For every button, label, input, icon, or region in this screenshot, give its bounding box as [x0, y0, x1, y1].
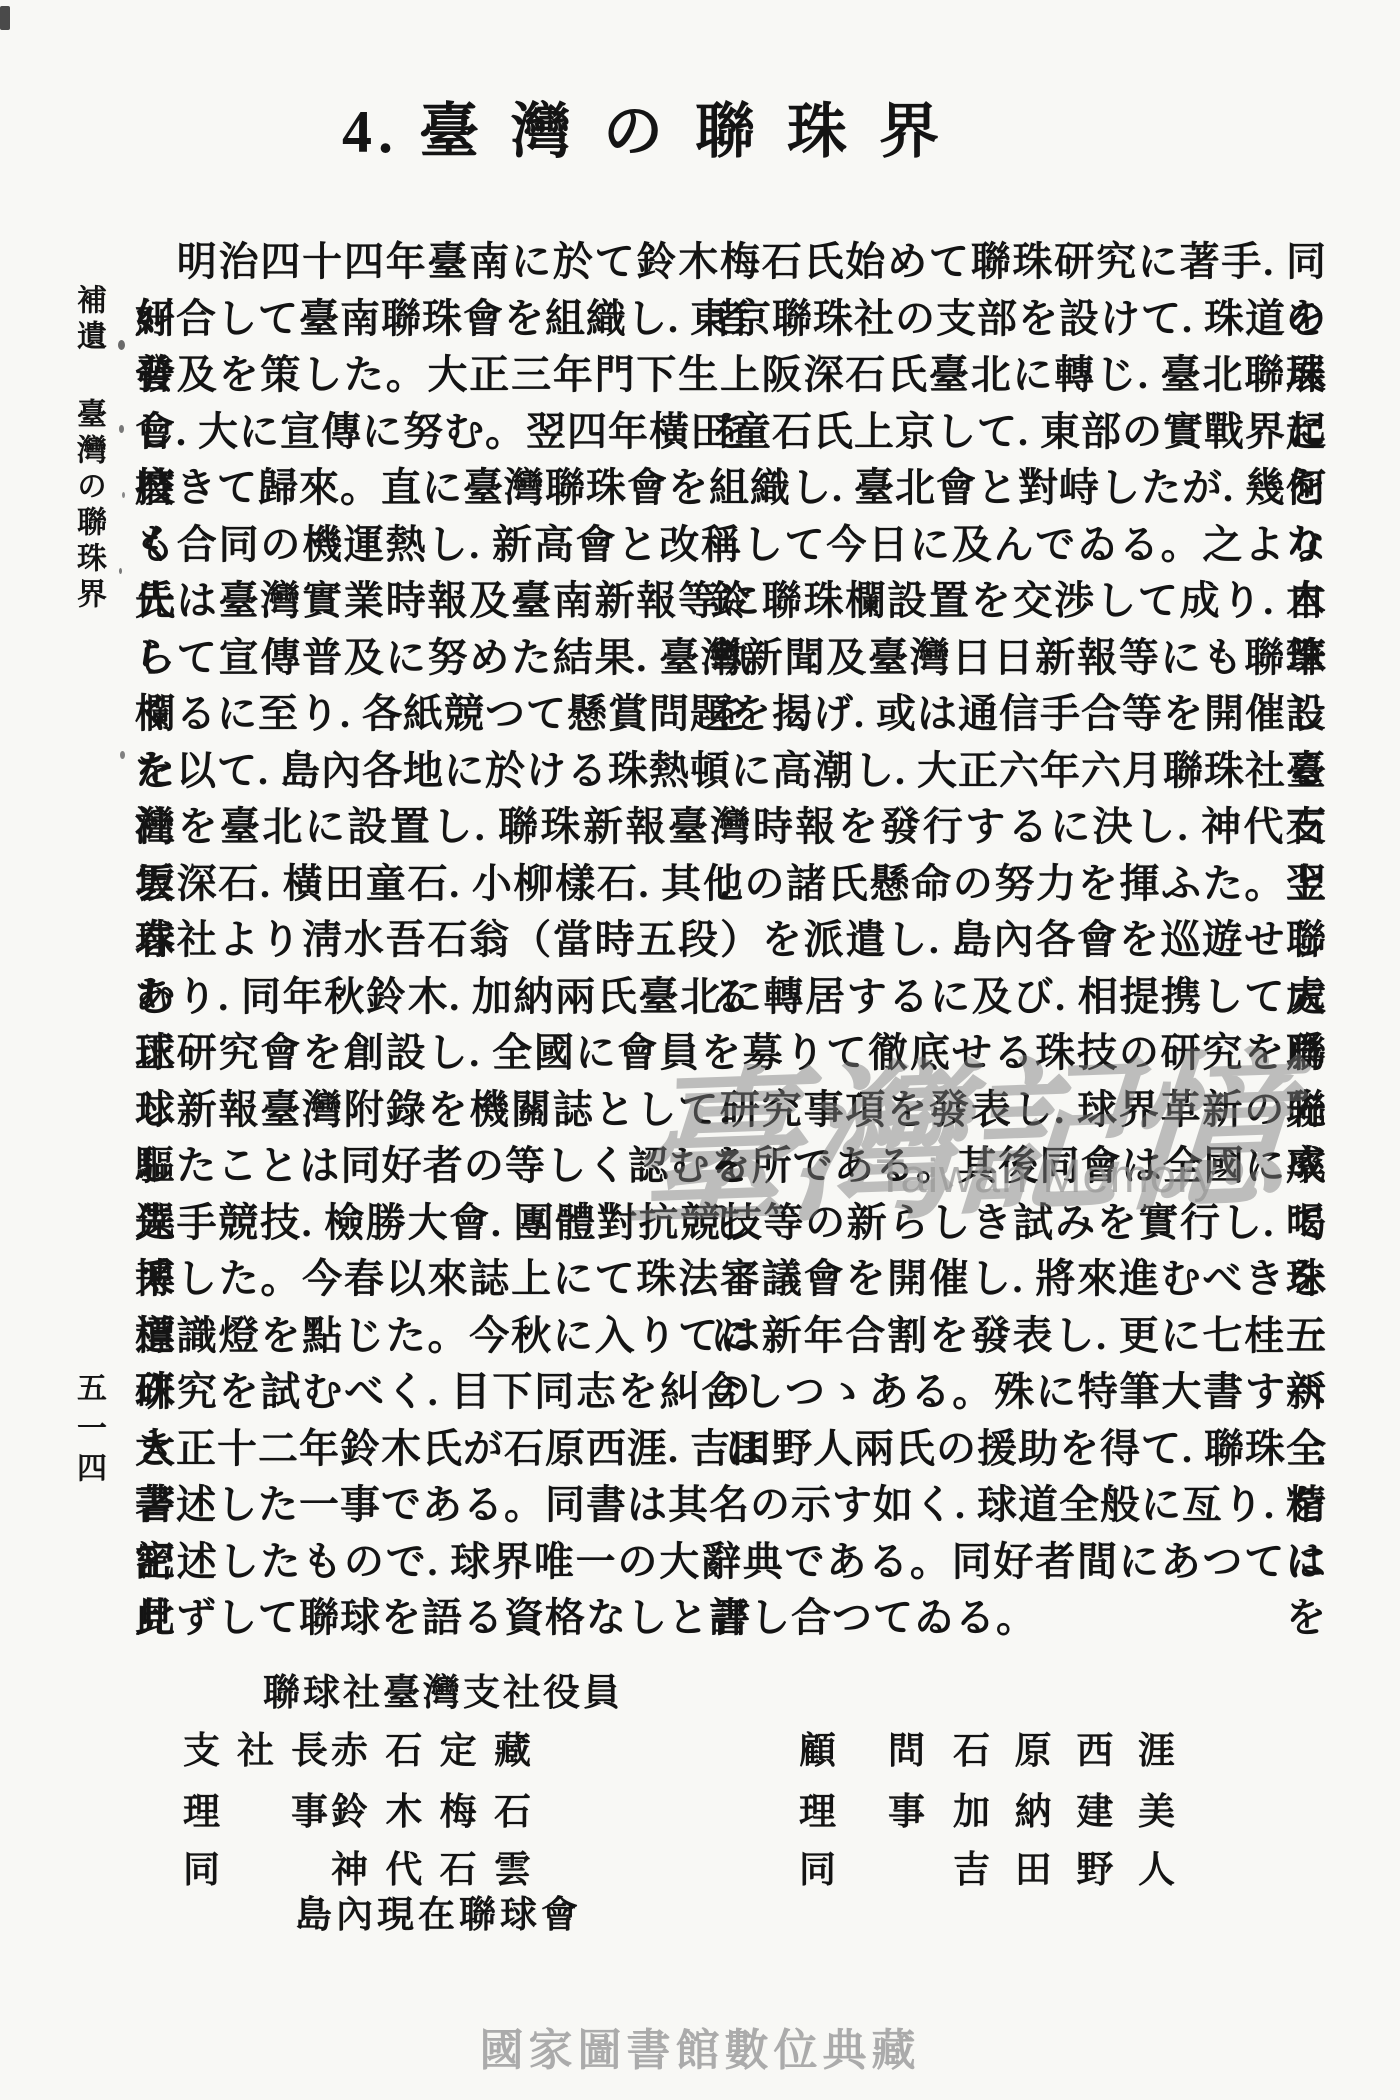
page-title: 4.臺灣の聯珠界 — [342, 84, 971, 170]
body-line: くるに至り. 各紙競つて懸賞問題を揭げ. 或は通信手合等を開催したる — [135, 686, 1327, 743]
scan-specks — [118, 340, 125, 350]
library-footer-watermark: 國家圖書館數位典藏 — [0, 2014, 1400, 2078]
roster-row: 同 神代石雲 同 吉田野人 — [135, 1839, 1327, 1887]
scanned-document-page: 4.臺灣の聯珠界 補遺 臺灣の聯珠界 五一四 明治四十四年臺南に於て鈴木梅石氏始… — [0, 0, 1400, 2100]
body-line: 普及を策した。大正三年門下生上阪深石氏臺北に轉じ. 臺北聯珠會を起 — [135, 347, 1327, 404]
roster-title: 理事 — [799, 1781, 925, 1835]
body-line: 糾合して臺南聯珠會を組織し. 東京聯珠社の支部を設けて. 珠道の發展 — [135, 291, 1327, 348]
roster-name: 加納建美 — [953, 1781, 1175, 1835]
body-line: 大正十二年鈴木氏が石原西涯. 吉田野人兩氏の援助を得て. 聯珠全書を — [135, 1421, 1327, 1478]
roster-title: 理事 — [183, 1781, 328, 1835]
body-line: 選手競技. 檢勝大會. 團體對抗競技等の新らしき試みを實行し. 喝采を — [135, 1195, 1327, 1252]
body-line: 磨きて歸來。直に臺灣聯珠會を組織し. 臺北會と對峙したが. 幾何もな — [135, 460, 1327, 517]
scan-speck — [0, 6, 10, 30]
margin-supplement-label: 補遺 — [66, 284, 110, 356]
next-section-heading: 島內現在聯球會 — [295, 1884, 582, 1938]
body-paragraph: 明治四十四年臺南に於て鈴木梅石氏始めて聯珠研究に著手. 同好者を 糾合して臺南聯… — [135, 234, 1327, 1647]
body-line: 記述したもので. 球界唯一の大辭典である。同好者間にあつては此書を — [135, 1534, 1327, 1591]
body-line: 研究を試むべく. 目下同志を糾合しつゝある。殊に特筆大書すべきは. — [135, 1364, 1327, 1421]
body-line: あり. 同年秋鈴木. 加納兩氏臺北に轉居するに及び. 相提携して大正聯 — [135, 969, 1327, 1026]
body-line: を以て. 島內各地に於ける珠熱頓に高潮し. 大正六年六月聯珠社臺灣支 — [135, 743, 1327, 800]
body-line: 球新報臺灣附錄を機關誌として研究事項を發表し. 球界革新の先驅を成 — [135, 1082, 1327, 1139]
page-number: 五一四 — [66, 1372, 110, 1492]
body-line: 球研究會を創設し. 全國に會員を募りて徹底せる珠技の研究を爲し. 聯 — [135, 1025, 1327, 1082]
body-line: く合同の機運熱し. 新高會と改稱して今日に及んでゐる。之より先鈴木 — [135, 517, 1327, 574]
roster-row: 支社長 赤石定藏 顧問 石原西涯 — [135, 1720, 1327, 1768]
body-line: 坂深石. 橫田童石. 小柳樣石. 其他の諸氏懸命の努力を揮ふた。翌春聯 — [135, 856, 1327, 913]
roster-name: 吉田野人 — [953, 1839, 1175, 1893]
roster-title: 支社長 — [183, 1720, 328, 1774]
body-line: 社を臺北に設置し. 聯珠新報臺灣時報を發行するに決し. 神代石雲. 上 — [135, 799, 1327, 856]
body-line: し. 大に宣傳に努む。翌四年橫田童石氏上京して. 東部の實戰界に技を — [135, 404, 1327, 461]
roster-title: 同 — [799, 1839, 925, 1893]
section-title-text: 臺灣の聯珠界 — [419, 99, 971, 165]
body-line: 氏は臺灣實業時報及臺南新報等に聯珠欄設置を交渉して成り. 自ら執筆 — [135, 573, 1327, 630]
roster-row: 理事 鈴木梅石 理事 加納建美 — [135, 1781, 1327, 1829]
body-line: したことは同好者の等しく認むる所である。其後同會は全國に率先して — [135, 1138, 1327, 1195]
roster-name: 赤石定藏 — [331, 1720, 531, 1774]
roster-title: 顧問 — [799, 1720, 925, 1774]
margin-running-title: 臺灣の聯珠界 — [66, 398, 110, 614]
section-number: 4. — [342, 99, 399, 165]
body-line: 標識燈を點じた。今秋に入りては新年合割を發表し. 更に七桂五珠の新 — [135, 1308, 1327, 1365]
body-line: して宣傳普及に努めた結果. 臺灣新聞及臺灣日日新報等にも聯珠欄を設 — [135, 630, 1327, 687]
body-line: 球社より淸水吾石翁（當時五段）を派遣し. 島內各會を巡遊せしむる處 — [135, 912, 1327, 969]
body-line: 明治四十四年臺南に於て鈴木梅石氏始めて聯珠研究に著手. 同好者を — [135, 234, 1327, 291]
body-line: 博した。今春以來誌上にて珠法審議會を開催し. 將來進むべき珠道に一 — [135, 1251, 1327, 1308]
roster-name: 石原西涯 — [953, 1720, 1175, 1774]
roster-name: 鈴木梅石 — [331, 1781, 531, 1835]
roster-header: 聯球社臺灣支社役員 — [263, 1662, 623, 1716]
body-line: 著述した一事である。同書は其名の示す如く. 球道全般に亙り. 精密に — [135, 1477, 1327, 1534]
